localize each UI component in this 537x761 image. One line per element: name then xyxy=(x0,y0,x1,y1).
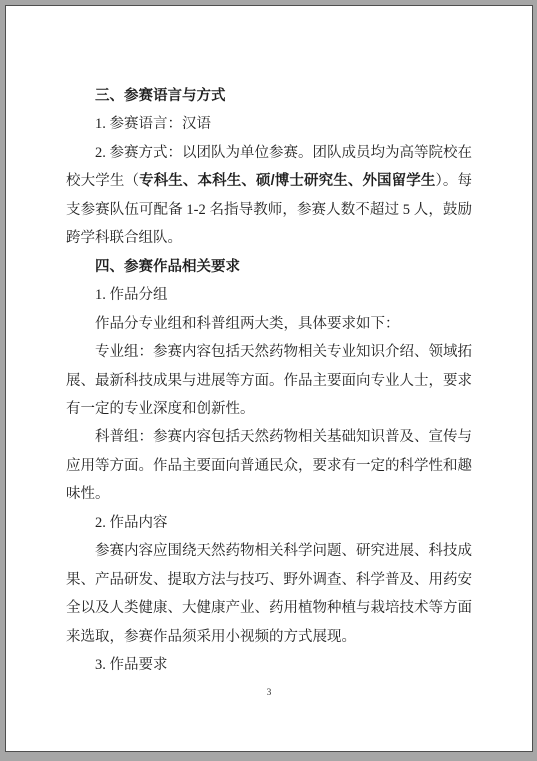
document-page: 三、参赛语言与方式 1. 参赛语言：汉语 2. 参赛方式：以团队为单位参赛。团队… xyxy=(5,5,533,752)
paragraph-grouping-intro: 作品分专业组和科普组两大类，具体要求如下： xyxy=(66,310,472,338)
viewer-background: 三、参赛语言与方式 1. 参赛语言：汉语 2. 参赛方式：以团队为单位参赛。团队… xyxy=(0,0,537,761)
item-work-requirements-title: 3. 作品要求 xyxy=(66,651,472,679)
paragraph-popular-science-group: 科普组：参赛内容包括天然药物相关基础知识普及、宣传与应用等方面。作品主要面向普通… xyxy=(66,423,472,508)
paragraph-professional-group: 专业组：参赛内容包括天然药物相关专业知识介绍、领域拓展、最新科技成果与进展等方面… xyxy=(66,338,472,423)
item-work-content-title: 2. 作品内容 xyxy=(66,509,472,537)
section-heading-language-method: 三、参赛语言与方式 xyxy=(66,82,472,110)
item-competition-method: 2. 参赛方式：以团队为单位参赛。团队成员均为高等院校在校大学生（专科生、本科生… xyxy=(66,139,472,253)
page-number: 3 xyxy=(6,687,532,699)
method-text-student-types: 专科生、本科生、硕/博士研究生、外国留学生 xyxy=(139,173,435,189)
section-heading-work-requirements: 四、参赛作品相关要求 xyxy=(66,253,472,281)
item-competition-language: 1. 参赛语言：汉语 xyxy=(66,110,472,138)
item-work-grouping-title: 1. 作品分组 xyxy=(66,281,472,309)
paragraph-content-description: 参赛内容应围绕天然药物相关科学问题、研究进展、科技成果、产品研发、提取方法与技巧… xyxy=(66,537,472,651)
document-body: 三、参赛语言与方式 1. 参赛语言：汉语 2. 参赛方式：以团队为单位参赛。团队… xyxy=(66,82,472,680)
